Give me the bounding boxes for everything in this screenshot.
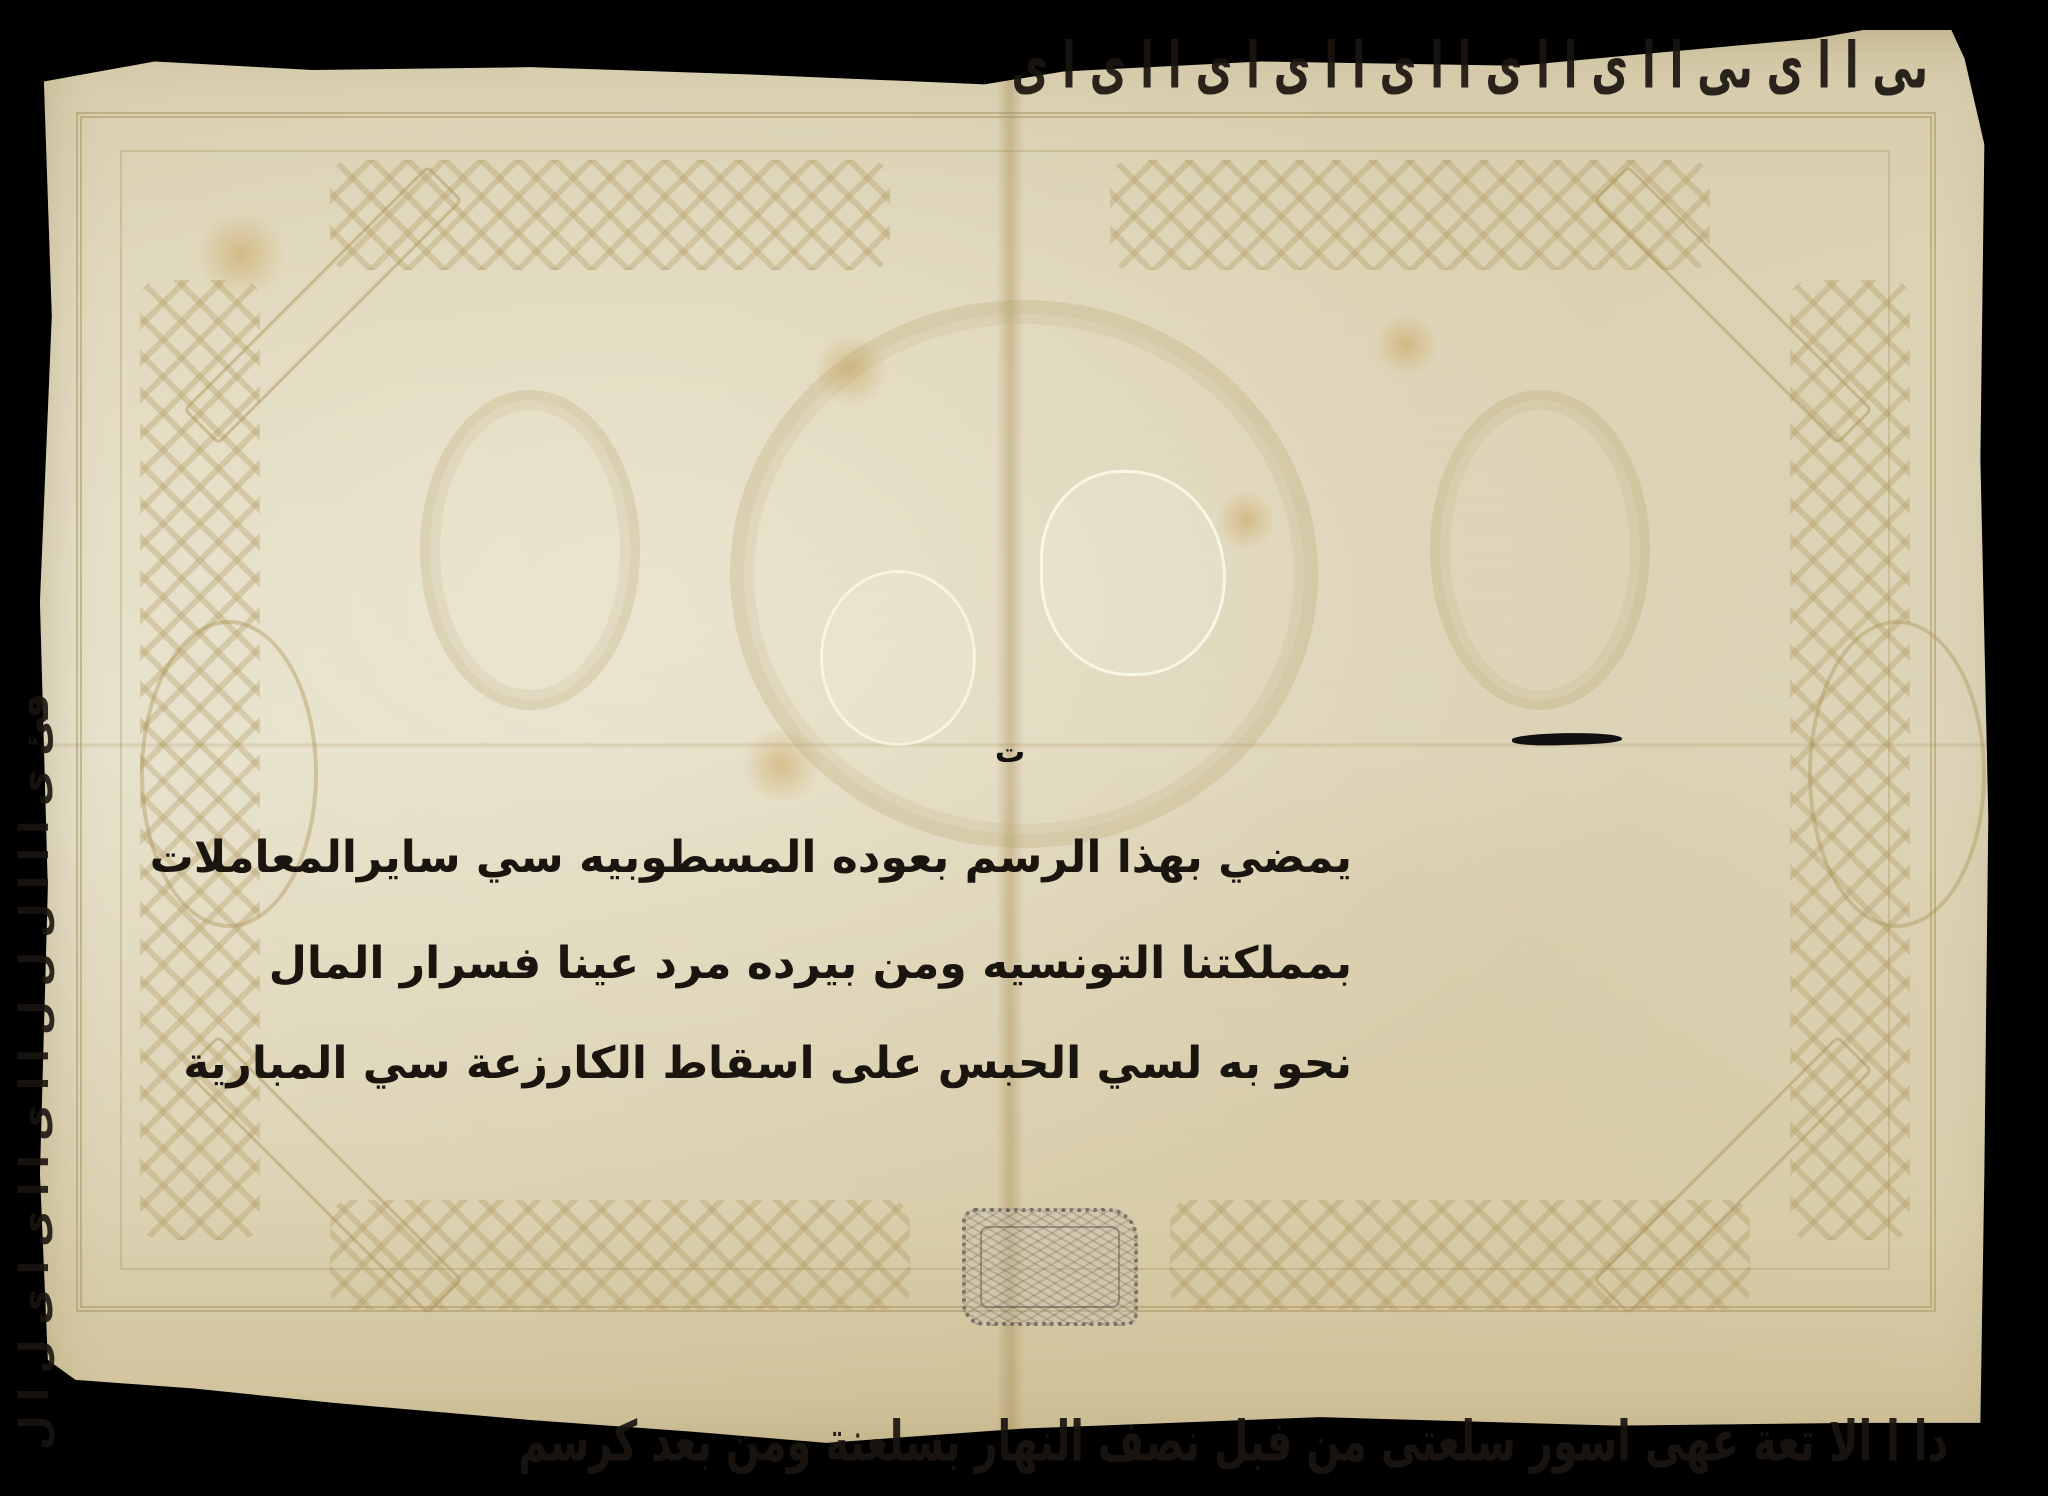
- right-wreath-watermark: [1430, 390, 1650, 710]
- ink-mark-center: ت: [995, 735, 1025, 770]
- photo-background: ٮى ا ا ى ىى ا ا ى ا ا ى ا ا ى ا ا ى ا ى …: [0, 0, 2048, 1496]
- handwritten-line-3: نحو به لسي الحبس على اسقاط الكارزعة سي ا…: [183, 1038, 1352, 1089]
- handwritten-line-1: يمضي بهذا الرسم بعوده المسطوبيه سي سايرا…: [150, 832, 1352, 883]
- embossed-medallion-secondary: [820, 570, 976, 746]
- seal-stamp-inner-border: [980, 1226, 1120, 1308]
- left-wreath-watermark: [420, 390, 640, 710]
- side-oval-ornament-right: [1808, 620, 1986, 928]
- handwritten-line-2: بمملكتنا التونسيه ومن بيرده مرد عينا فسر…: [269, 938, 1352, 989]
- top-edge-handwriting: ٮى ا ا ى ىى ا ا ى ا ا ى ا ا ى ا ا ى ا ى …: [1011, 30, 1928, 104]
- bottom-edge-handwriting: دا ا الا تعة عهى اسور سلعتى من فبل نصف ا…: [518, 1410, 1948, 1474]
- seal-stamp: [962, 1208, 1138, 1326]
- left-edge-handwriting: ٯئ ى ا ا ا ل ل ل ا ا ى ا ا ى ا ى ل ا ل: [12, 693, 58, 1450]
